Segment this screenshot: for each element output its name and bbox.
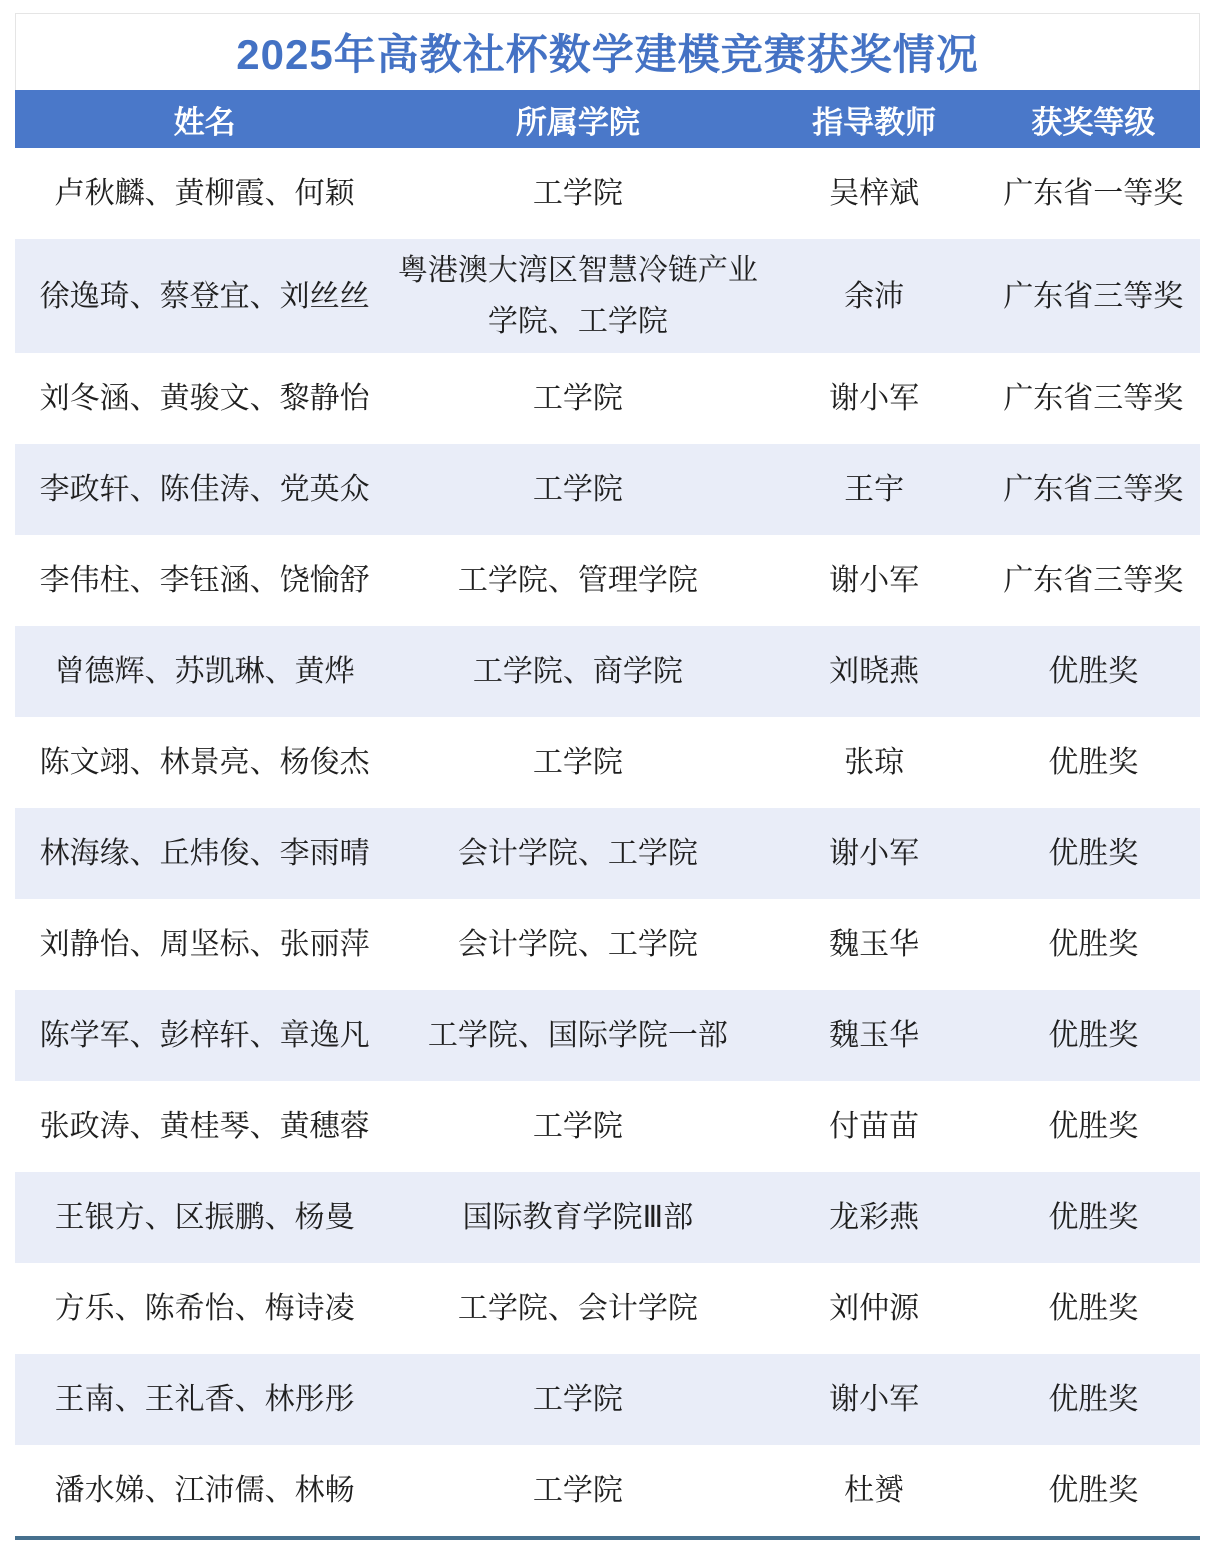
names-cell: 方乐、陈希怡、梅诗凌 [15,1277,394,1340]
college-cell: 工学院、管理学院 [394,549,761,612]
award-cell: 优胜奖 [987,640,1200,703]
names-cell: 潘水娣、江沛儒、林畅 [15,1459,394,1522]
table-row: 陈学军、彭梓轩、章逸凡 工学院、国际学院一部 魏玉华 优胜奖 [15,990,1200,1081]
advisor-cell: 龙彩燕 [762,1186,987,1249]
advisor-cell: 杜赟 [762,1459,987,1522]
advisor-cell: 谢小军 [762,1368,987,1431]
advisor-cell: 刘晓燕 [762,640,987,703]
award-cell: 优胜奖 [987,1459,1200,1522]
names-cell: 卢秋麟、黄柳霞、何颖 [15,162,394,225]
award-cell: 优胜奖 [987,1186,1200,1249]
table-row: 曾德辉、苏凯琳、黄烨 工学院、商学院 刘晓燕 优胜奖 [15,626,1200,717]
award-cell: 广东省三等奖 [987,458,1200,521]
awards-table-card: 2025年高教社杯数学建模竞赛获奖情况 姓名 所属学院 指导教师 获奖等级 卢秋… [15,13,1200,1540]
award-cell: 优胜奖 [987,913,1200,976]
award-cell: 优胜奖 [987,1277,1200,1340]
table-row: 王南、王礼香、林彤彤 工学院 谢小军 优胜奖 [15,1354,1200,1445]
table-row: 李伟柱、李钰涵、饶愉舒 工学院、管理学院 谢小军 广东省三等奖 [15,535,1200,626]
college-cell: 粤港澳大湾区智慧冷链产业学院、工学院 [394,239,761,353]
names-cell: 曾德辉、苏凯琳、黄烨 [15,640,394,703]
advisor-cell: 魏玉华 [762,913,987,976]
college-cell: 工学院 [394,1459,761,1522]
table-header-row: 姓名 所属学院 指导教师 获奖等级 [15,90,1200,148]
table-bottom-border [15,1536,1200,1540]
table-row: 张政涛、黄桂琴、黄穗蓉 工学院 付苗苗 优胜奖 [15,1081,1200,1172]
college-cell: 工学院、商学院 [394,640,761,703]
names-cell: 陈学军、彭梓轩、章逸凡 [15,1004,394,1067]
column-header-award: 获奖等级 [987,97,1200,142]
table-row: 潘水娣、江沛儒、林畅 工学院 杜赟 优胜奖 [15,1445,1200,1536]
advisor-cell: 谢小军 [762,549,987,612]
college-cell: 工学院 [394,367,761,430]
college-cell: 会计学院、工学院 [394,913,761,976]
award-cell: 优胜奖 [987,822,1200,885]
advisor-cell: 余沛 [762,265,987,328]
table-body: 卢秋麟、黄柳霞、何颖 工学院 吴梓斌 广东省一等奖 徐逸琦、蔡登宜、刘丝丝 粤港… [15,148,1200,1536]
table-row: 李政轩、陈佳涛、党英众 工学院 王宇 广东省三等奖 [15,444,1200,535]
names-cell: 徐逸琦、蔡登宜、刘丝丝 [15,265,394,328]
column-header-college: 所属学院 [394,97,761,142]
names-cell: 李伟柱、李钰涵、饶愉舒 [15,549,394,612]
advisor-cell: 刘仲源 [762,1277,987,1340]
college-cell: 工学院 [394,731,761,794]
names-cell: 林海缘、丘炜俊、李雨晴 [15,822,394,885]
award-cell: 广东省三等奖 [987,367,1200,430]
college-cell: 工学院 [394,458,761,521]
table-title-block: 2025年高教社杯数学建模竞赛获奖情况 [15,13,1200,90]
table-row: 王银方、区振鹏、杨曼 国际教育学院Ⅲ部 龙彩燕 优胜奖 [15,1172,1200,1263]
college-cell: 工学院 [394,1095,761,1158]
college-cell: 工学院 [394,1368,761,1431]
column-header-names: 姓名 [15,97,394,142]
column-header-advisor: 指导教师 [762,97,987,142]
names-cell: 李政轩、陈佳涛、党英众 [15,458,394,521]
table-row: 刘静怡、周坚标、张丽萍 会计学院、工学院 魏玉华 优胜奖 [15,899,1200,990]
table-row: 徐逸琦、蔡登宜、刘丝丝 粤港澳大湾区智慧冷链产业学院、工学院 余沛 广东省三等奖 [15,239,1200,353]
names-cell: 陈文翊、林景亮、杨俊杰 [15,731,394,794]
college-cell: 国际教育学院Ⅲ部 [394,1186,761,1249]
names-cell: 刘静怡、周坚标、张丽萍 [15,913,394,976]
advisor-cell: 谢小军 [762,822,987,885]
table-row: 卢秋麟、黄柳霞、何颖 工学院 吴梓斌 广东省一等奖 [15,148,1200,239]
table-row: 林海缘、丘炜俊、李雨晴 会计学院、工学院 谢小军 优胜奖 [15,808,1200,899]
college-cell: 工学院、国际学院一部 [394,1004,761,1067]
award-cell: 广东省三等奖 [987,265,1200,328]
award-cell: 广东省一等奖 [987,162,1200,225]
award-cell: 优胜奖 [987,1095,1200,1158]
table-row: 刘冬涵、黄骏文、黎静怡 工学院 谢小军 广东省三等奖 [15,353,1200,444]
names-cell: 张政涛、黄桂琴、黄穗蓉 [15,1095,394,1158]
award-cell: 优胜奖 [987,731,1200,794]
advisor-cell: 付苗苗 [762,1095,987,1158]
college-cell: 工学院、会计学院 [394,1277,761,1340]
names-cell: 刘冬涵、黄骏文、黎静怡 [15,367,394,430]
table-title: 2025年高教社杯数学建模竞赛获奖情况 [236,22,978,82]
names-cell: 王银方、区振鹏、杨曼 [15,1186,394,1249]
advisor-cell: 谢小军 [762,367,987,430]
advisor-cell: 吴梓斌 [762,162,987,225]
names-cell: 王南、王礼香、林彤彤 [15,1368,394,1431]
table-row: 方乐、陈希怡、梅诗凌 工学院、会计学院 刘仲源 优胜奖 [15,1263,1200,1354]
award-cell: 广东省三等奖 [987,549,1200,612]
award-cell: 优胜奖 [987,1004,1200,1067]
advisor-cell: 张琼 [762,731,987,794]
advisor-cell: 魏玉华 [762,1004,987,1067]
table-row: 陈文翊、林景亮、杨俊杰 工学院 张琼 优胜奖 [15,717,1200,808]
advisor-cell: 王宇 [762,458,987,521]
college-cell: 会计学院、工学院 [394,822,761,885]
college-cell: 工学院 [394,162,761,225]
award-cell: 优胜奖 [987,1368,1200,1431]
